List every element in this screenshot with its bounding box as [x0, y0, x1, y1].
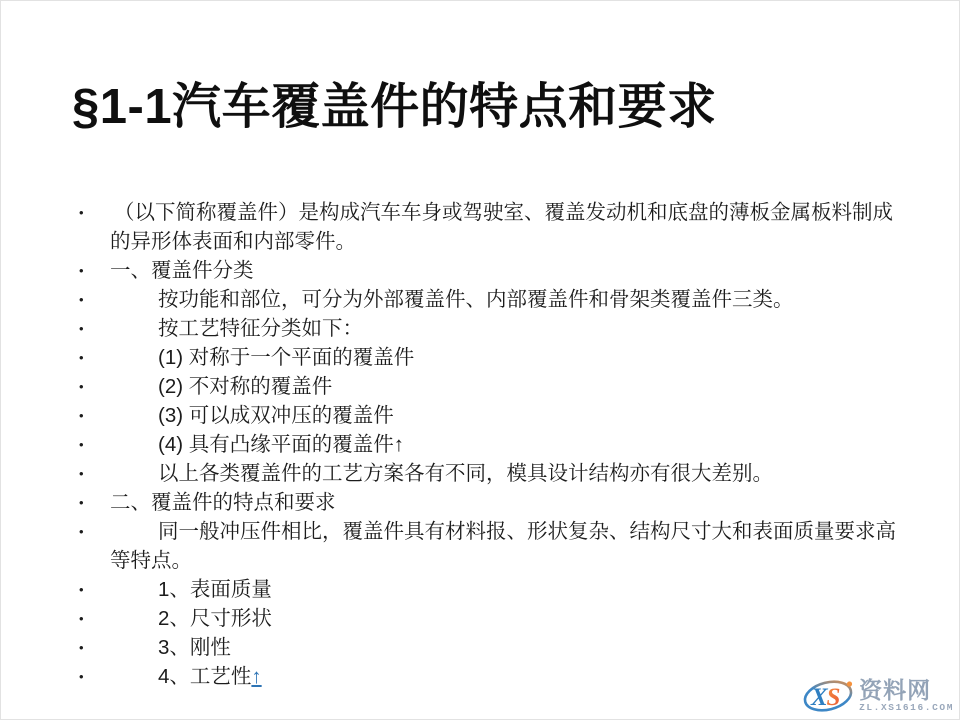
watermark-site-name: 资料网	[859, 678, 931, 702]
bullet-marker: •	[79, 604, 110, 633]
list-item: • (1) 对称于一个平面的覆盖件	[79, 343, 905, 372]
list-item: • 2、尺寸形状	[79, 604, 905, 633]
bullet-marker: •	[79, 575, 110, 604]
list-item-text: (2) 不对称的覆盖件	[110, 372, 905, 401]
bullet-marker: •	[79, 343, 110, 372]
list-item-text: 二、覆盖件的特点和要求	[110, 488, 905, 517]
logo-letter-s: S	[827, 684, 841, 711]
bullet-marker: •	[79, 256, 110, 285]
list-item: • 二、覆盖件的特点和要求	[79, 488, 905, 517]
list-item-text: 一、覆盖件分类	[110, 256, 905, 285]
watermark-text: 资料网 ZL.XS1616.COM	[859, 678, 954, 713]
list-item: • 同一般冲压件相比，覆盖件具有材料报、形状复杂、结构尺寸大和表面质量要求高等特…	[79, 517, 905, 575]
bullet-marker: •	[79, 633, 110, 662]
list-item-text: 按功能和部位，可分为外部覆盖件、内部覆盖件和骨架类覆盖件三类。	[110, 285, 905, 314]
bullet-marker: •	[79, 488, 110, 517]
list-item-text: 以上各类覆盖件的工艺方案各有不同，模具设计结构亦有很大差别。	[110, 459, 905, 488]
list-item: • (2) 不对称的覆盖件	[79, 372, 905, 401]
list-item-text: (3) 可以成双冲压的覆盖件	[110, 401, 905, 430]
bullet-marker: •	[79, 372, 110, 401]
list-item-text: 2、尺寸形状	[110, 604, 905, 633]
watermark-site-url: ZL.XS1616.COM	[859, 702, 954, 713]
list-item-text: 按工艺特征分类如下：	[110, 314, 905, 343]
bullet-marker: •	[79, 517, 110, 546]
bullet-marker: •	[79, 662, 110, 691]
bullet-marker: •	[79, 314, 110, 343]
bullet-marker: •	[79, 198, 110, 227]
slide-title: §1-1汽车覆盖件的特点和要求	[72, 77, 912, 138]
list-item: • 以上各类覆盖件的工艺方案各有不同，模具设计结构亦有很大差别。	[79, 459, 905, 488]
list-item: • 按工艺特征分类如下：	[79, 314, 905, 343]
list-item: • (4) 具有凸缘平面的覆盖件↑	[79, 430, 905, 459]
list-item: • 一、覆盖件分类	[79, 256, 905, 285]
bullet-list: • （以下简称覆盖件）是构成汽车车身或驾驶室、覆盖发动机和底盘的薄板金属板料制成…	[1, 198, 905, 691]
list-item-text: 同一般冲压件相比，覆盖件具有材料报、形状复杂、结构尺寸大和表面质量要求高等特点。	[110, 517, 905, 575]
list-item: • (3) 可以成双冲压的覆盖件	[79, 401, 905, 430]
list-item: • 按功能和部位，可分为外部覆盖件、内部覆盖件和骨架类覆盖件三类。	[79, 285, 905, 314]
list-item-text: 4、工艺性↑	[110, 662, 905, 691]
xs-logo-icon: X S	[802, 675, 856, 715]
watermark-logo: X S 资料网 ZL.XS1616.COM	[802, 675, 954, 715]
bullet-marker: •	[79, 285, 110, 314]
list-item-text: (1) 对称于一个平面的覆盖件	[110, 343, 905, 372]
list-item-text: 3、刚性	[110, 633, 905, 662]
list-item: • 1、表面质量	[79, 575, 905, 604]
bullet-marker: •	[79, 430, 110, 459]
list-item-text: （以下简称覆盖件）是构成汽车车身或驾驶室、覆盖发动机和底盘的薄板金属板料制成的异…	[110, 198, 905, 256]
list-item: • （以下简称覆盖件）是构成汽车车身或驾驶室、覆盖发动机和底盘的薄板金属板料制成…	[79, 198, 905, 256]
list-item-text: 1、表面质量	[110, 575, 905, 604]
slide: §1-1汽车覆盖件的特点和要求 • （以下简称覆盖件）是构成汽车车身或驾驶室、覆…	[0, 0, 960, 720]
hyperlink-arrow[interactable]: ↑	[251, 665, 261, 688]
list-item: • 3、刚性	[79, 633, 905, 662]
list-item: • 4、工艺性↑	[79, 662, 905, 691]
bullet-marker: •	[79, 401, 110, 430]
bullet-marker: •	[79, 459, 110, 488]
list-item-text: (4) 具有凸缘平面的覆盖件↑	[110, 430, 905, 459]
